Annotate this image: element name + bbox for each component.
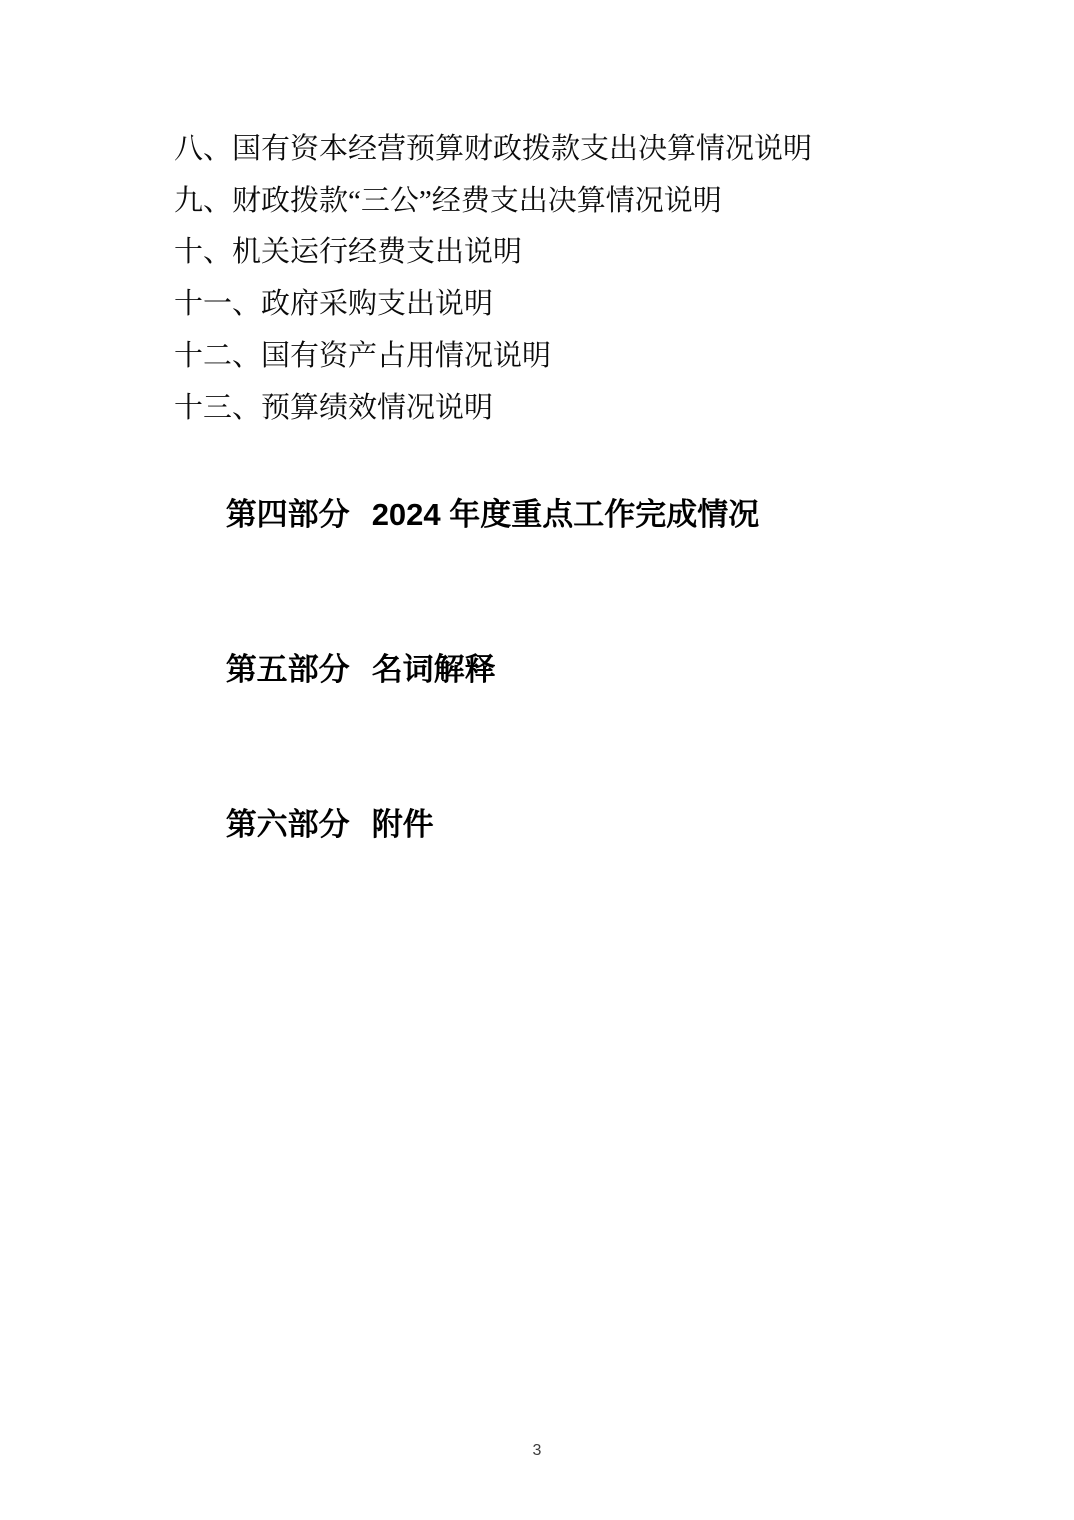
toc-section: 第五部分名词解释	[174, 592, 812, 747]
toc-section: 第六部分附件	[174, 747, 812, 902]
toc-item: 八、国有资本经营预算财政拨款支出决算情况说明	[174, 124, 812, 176]
page-number: 3	[0, 1441, 1074, 1461]
table-of-contents: 八、国有资本经营预算财政拨款支出决算情况说明 九、财政拨款“三公”经费支出决算情…	[174, 124, 812, 903]
section-label: 第五部分	[226, 652, 350, 687]
toc-item: 九、财政拨款“三公”经费支出决算情况说明	[174, 176, 812, 228]
toc-item: 十一、政府采购支出说明	[174, 279, 812, 331]
section-title: 附件	[372, 807, 434, 842]
section-title: 2024 年度重点工作完成情况	[372, 497, 760, 532]
section-title: 名词解释	[372, 652, 496, 687]
section-label: 第四部分	[226, 497, 350, 532]
document-page: 八、国有资本经营预算财政拨款支出决算情况说明 九、财政拨款“三公”经费支出决算情…	[0, 0, 1074, 1520]
toc-section: 第四部分2024 年度重点工作完成情况	[174, 437, 812, 592]
toc-item: 十、机关运行经费支出说明	[174, 227, 812, 279]
toc-item: 十三、预算绩效情况说明	[174, 383, 812, 435]
toc-item: 十二、国有资产占用情况说明	[174, 331, 812, 383]
section-label: 第六部分	[226, 807, 350, 842]
